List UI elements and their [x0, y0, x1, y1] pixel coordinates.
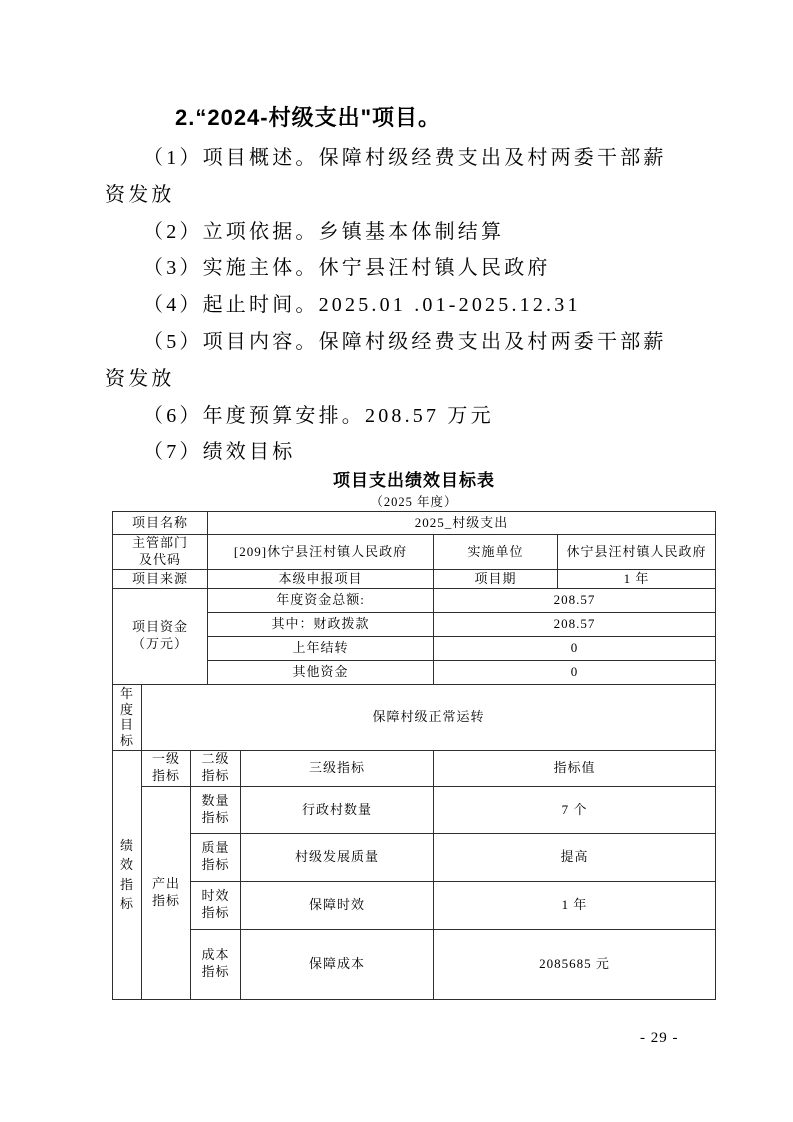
fund-row-name: 年度资金总额: [208, 588, 434, 612]
indicator-level2: 时效指标 [191, 881, 241, 929]
fund-row-value: 208.57 [434, 588, 716, 612]
output-indicator-label: 产出指标 [142, 786, 191, 999]
indicator-value: 提高 [434, 833, 716, 881]
body-line: （2）立项依据。乡镇基本体制结算 [105, 214, 705, 251]
section-heading: 2.“2024-村级支出"项目。 [175, 101, 441, 132]
project-source-label: 项目来源 [113, 569, 208, 588]
project-source-value: 本级申报项目 [208, 569, 434, 588]
fund-row-value: 0 [434, 660, 716, 684]
table-title: 项目支出绩效目标表 [112, 466, 716, 491]
project-name-label: 项目名称 [113, 512, 208, 535]
page-number: - 29 - [640, 1030, 679, 1047]
indicator-level3: 村级发展质量 [241, 833, 434, 881]
dept-code-label: 主管部门及代码 [113, 535, 208, 570]
impl-unit-label: 实施单位 [434, 535, 558, 570]
table-subtitle: （2025 年度） [112, 492, 716, 510]
project-period-value: 1 年 [558, 569, 716, 588]
project-funds-label: 项目资金（万元） [113, 588, 208, 684]
indicator-value: 1 年 [434, 881, 716, 929]
project-name-value: 2025_村级支出 [208, 512, 716, 535]
annual-goal-label: 年度目标 [113, 684, 142, 750]
indicator-value: 7 个 [434, 786, 716, 833]
dept-code-value: [209]休宁县汪村镇人民政府 [208, 535, 434, 570]
body-line: （6）年度预算安排。208.57 万元 [105, 398, 705, 435]
indicator-level3: 行政村数量 [241, 786, 434, 833]
indicator-level3: 保障成本 [241, 929, 434, 999]
body-line: （5）项目内容。保障村级经费支出及村两委干部薪 [105, 324, 705, 361]
indicator-level2: 成本指标 [191, 929, 241, 999]
fund-row-value: 208.57 [434, 612, 716, 636]
body-line: （3）实施主体。休宁县汪村镇人民政府 [105, 250, 705, 287]
impl-unit-value: 休宁县汪村镇人民政府 [558, 535, 716, 570]
body-line: （4）起止时间。2025.01 .01-2025.12.31 [105, 287, 705, 324]
annual-goal-value: 保障村级正常运转 [142, 684, 716, 750]
body-line: 资发放 [105, 361, 705, 398]
indicator-value: 2085685 元 [434, 929, 716, 999]
body-line: 资发放 [105, 177, 705, 214]
body-paragraphs: （1）项目概述。保障村级经费支出及村两委干部薪 资发放 （2）立项依据。乡镇基本… [105, 140, 705, 471]
fund-row-name: 上年结转 [208, 636, 434, 660]
indicator-value-header: 指标值 [434, 750, 716, 786]
performance-target-table: 项目名称 2025_村级支出 主管部门及代码 [209]休宁县汪村镇人民政府 实… [112, 511, 716, 1000]
fund-row-name: 其他资金 [208, 660, 434, 684]
indicator-level2: 质量指标 [191, 833, 241, 881]
fund-row-name: 其中：财政拨款 [208, 612, 434, 636]
fund-row-value: 0 [434, 636, 716, 660]
body-line: （1）项目概述。保障村级经费支出及村两委干部薪 [105, 140, 705, 177]
level1-header: 一级指标 [142, 750, 191, 786]
project-period-label: 项目期 [434, 569, 558, 588]
level3-header: 三级指标 [241, 750, 434, 786]
perf-indicator-label: 绩效指标 [113, 750, 142, 999]
indicator-level2: 数量指标 [191, 786, 241, 833]
indicator-level3: 保障时效 [241, 881, 434, 929]
level2-header: 二级指标 [191, 750, 241, 786]
document-page: 2.“2024-村级支出"项目。 （1）项目概述。保障村级经费支出及村两委干部薪… [0, 0, 793, 1122]
